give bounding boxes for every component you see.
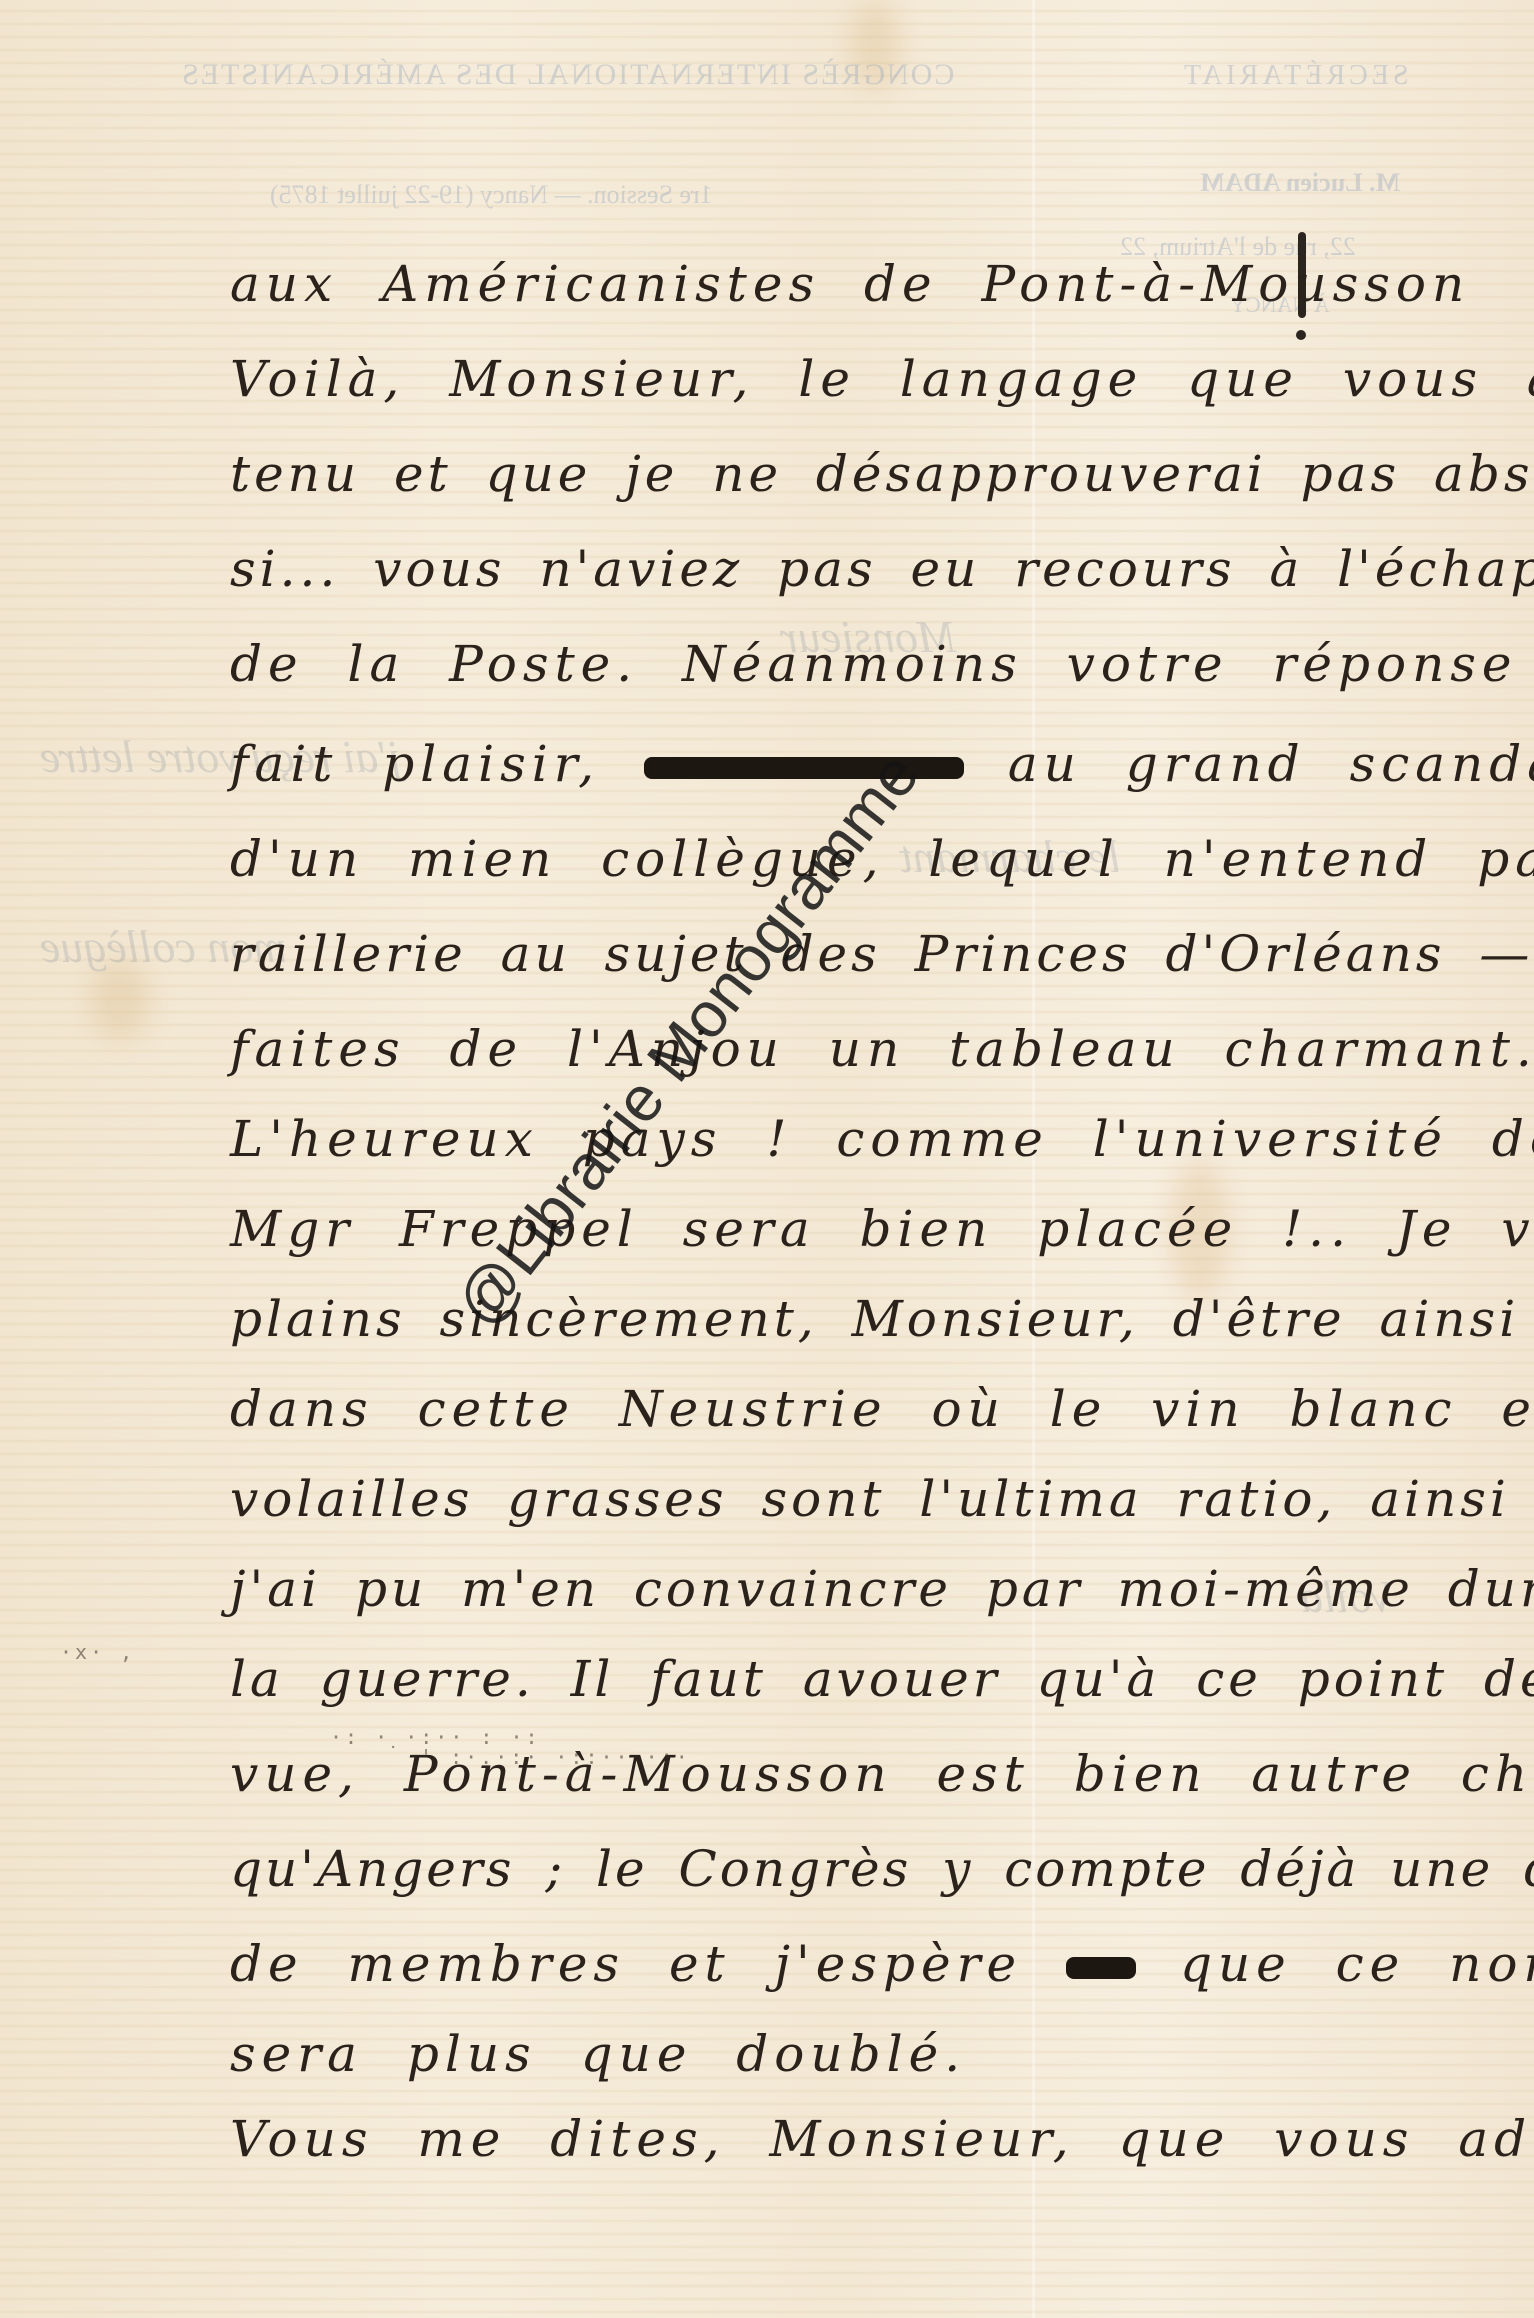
handwriting-line: de la Poste. Néanmoins votre réponse m'a [230, 635, 1534, 693]
handwriting-line: qu'Angers ; le Congrès y compte déjà une… [230, 1840, 1534, 1898]
handwriting-line: faites de l'Anjou un tableau charmant. [230, 1020, 1534, 1078]
handwriting-line: raillerie au sujet des Princes d'Orléans… [230, 925, 1534, 983]
handwriting-line: de membres et j'espère que ce nombre [230, 1935, 1534, 1993]
crossed-out-word [1066, 1957, 1136, 1979]
handwriting-line: plains sincèrement, Monsieur, d'être ain… [230, 1290, 1534, 1348]
postmark-specks: ' :·.·:· ·::·· ·:· [420, 1745, 691, 1769]
handwriting-fragment: que ce nombre [1180, 1935, 1534, 1993]
exclamation-mark-dot [1296, 330, 1306, 340]
handwriting-fragment: de membres et j'espère [230, 1935, 1022, 1993]
handwriting-line: sera plus que doublé. [230, 2025, 966, 2083]
handwriting-line: la guerre. Il faut avouer qu'à ce point … [230, 1650, 1534, 1708]
handwriting-line: volailles grasses sont l'ultima ratio, a… [230, 1470, 1534, 1528]
handwriting-line: si... vous n'aviez pas eu recours à l'éc… [230, 540, 1534, 598]
handwriting-line: j'ai pu m'en convaincre par moi-même dur… [230, 1560, 1534, 1618]
handwriting-line: L'heureux pays ! comme l'université de [230, 1110, 1534, 1168]
handwriting-line: Mgr Freppel sera bien placée !.. Je vous [230, 1200, 1534, 1258]
handwriting-line: Vous me dites, Monsieur, que vous adorez [230, 2110, 1534, 2168]
handwriting-fragment: fait plaisir, [230, 735, 600, 793]
handwriting-line: tenu et que je ne désapprouverai pas abs… [230, 445, 1534, 503]
ink-specks: ·x· , [60, 1640, 135, 1664]
handwriting-line: dans cette Neustrie où le vin blanc et l… [230, 1380, 1534, 1438]
letter-body: aux Américanistes de Pont-à-Mousson Voil… [0, 0, 1534, 2318]
handwriting-line: aux Américanistes de Pont-à-Mousson [230, 255, 1470, 313]
handwriting-fragment: au grand scandale [1008, 735, 1534, 793]
handwriting-line: Voilà, Monsieur, le langage que vous ave… [230, 350, 1534, 408]
